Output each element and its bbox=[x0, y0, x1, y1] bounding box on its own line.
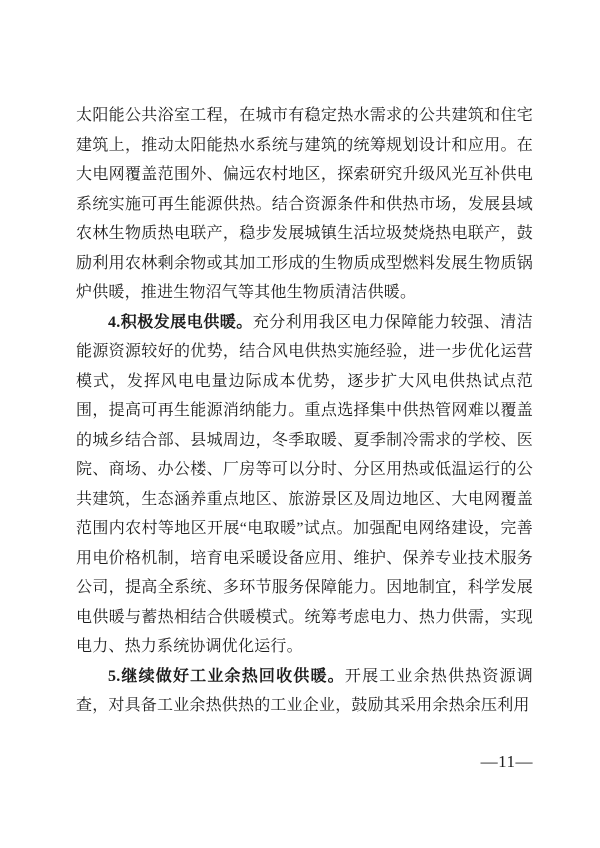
body-text: 太阳能公共浴室工程，在城市有稳定热水需求的公共建筑和住宅建筑上，推动太阳能热水系… bbox=[76, 101, 533, 721]
paragraph-text: 充分利用我区电力保障能力较强、清洁能源资源较好的优势，结合风电供热实施经验，进一… bbox=[76, 314, 533, 656]
paragraph-lead: 5.继续做好工业余热回收供暖。 bbox=[108, 668, 345, 685]
page-number: —11— bbox=[481, 751, 533, 773]
document-page: 太阳能公共浴室工程，在城市有稳定热水需求的公共建筑和住宅建筑上，推动太阳能热水系… bbox=[0, 0, 600, 848]
paragraph-continuation: 太阳能公共浴室工程，在城市有稳定热水需求的公共建筑和住宅建筑上，推动太阳能热水系… bbox=[76, 101, 533, 308]
paragraph-text: 太阳能公共浴室工程，在城市有稳定热水需求的公共建筑和住宅建筑上，推动太阳能热水系… bbox=[76, 107, 533, 301]
paragraph-item-4: 4.积极发展电供暖。充分利用我区电力保障能力较强、清洁能源资源较好的优势，结合风… bbox=[76, 308, 533, 662]
paragraph-lead: 4.积极发展电供暖。 bbox=[108, 314, 253, 331]
paragraph-item-5: 5.继续做好工业余热回收供暖。开展工业余热供热资源调查，对具备工业余热供热的工业… bbox=[76, 662, 533, 721]
